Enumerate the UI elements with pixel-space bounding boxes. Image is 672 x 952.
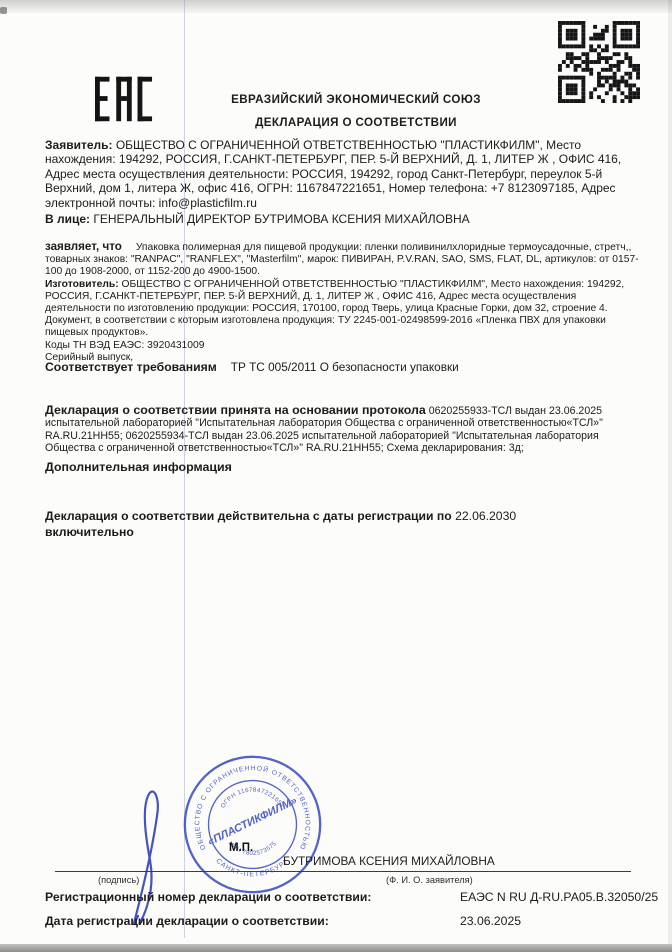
validity-label: Декларация о соответствии действительна … [45, 509, 452, 523]
registration-number-label: Регистрационный номер декларации о соотв… [45, 890, 371, 904]
person-label: В лице: [45, 212, 90, 226]
declares-label: заявляет, что [45, 240, 122, 253]
document-title: ДЕКЛАРАЦИЯ О СООТВЕТСТВИИ [40, 116, 672, 129]
compliance-block: Соответствует требованиямТР ТС 005/2011 … [45, 360, 639, 374]
person-paragraph: В лице: ГЕНЕРАЛЬНЫЙ ДИРЕКТОР БУТРИМОВА К… [45, 212, 639, 226]
applicant-paragraph: Заявитель: ОБЩЕСТВО С ОГРАНИЧЕННОЙ ОТВЕТ… [45, 138, 639, 210]
signature-caption: (подпись) [98, 875, 139, 885]
compliance-value: ТР ТС 005/2011 О безопасности упаковки [231, 360, 459, 374]
qr-code [556, 21, 642, 103]
declaration-subject-block: заявляет, чтоУпаковка полимерная для пищ… [45, 241, 639, 364]
company-stamp: ОБЩЕСТВО С ОГРАНИЧЕННОЙ ОТВЕТСТВЕННОСТЬЮ… [180, 752, 325, 897]
product-paragraph: заявляет, чтоУпаковка полимерная для пищ… [45, 241, 639, 279]
scan-artifact-bottom [0, 944, 672, 952]
basis-label: Декларация о соответствии принята на осн… [45, 403, 426, 417]
basis-paragraph: Декларация о соответствии принята на осн… [45, 404, 639, 455]
registration-date-value: 23.06.2025 [460, 914, 521, 928]
validity-date: 22.06.2030 [455, 509, 516, 523]
applicant-text: ОБЩЕСТВО С ОГРАНИЧЕННОЙ ОТВЕТСТВЕННОСТЬЮ… [45, 138, 621, 210]
basis-block: Декларация о соответствии принята на осн… [45, 404, 639, 473]
stamp-place-label: М.П. [229, 842, 253, 854]
manufacturer-text: ОБЩЕСТВО С ОГРАНИЧЕННОЙ ОТВЕТСТВЕННОСТЬЮ… [45, 279, 624, 339]
applicant-label: Заявитель: [45, 138, 113, 152]
scan-artifact-top [0, 0, 672, 13]
product-text: Упаковка полимерная для пищевой продукци… [45, 242, 639, 277]
registration-number-value: ЕАЭС N RU Д-RU.РА05.В.32050/25 [460, 890, 658, 904]
stamp-center-text: «ПЛАСТИКФИЛМ» [206, 795, 299, 849]
applicant-full-name: БУТРИМОВА КСЕНИЯ МИХАЙЛОВНА [283, 854, 495, 868]
full-name-caption: (Ф. И. О. заявителя) [386, 875, 473, 885]
compliance-label: Соответствует требованиям [45, 360, 217, 374]
signature-line [55, 871, 631, 872]
validity-block: Декларация о соответствии действительна … [45, 508, 639, 540]
declaration-document: ЕВРАЗИЙСКИЙ ЭКОНОМИЧЕСКИЙ СОЮЗ ДЕКЛАРАЦИ… [0, 0, 672, 952]
union-title: ЕВРАЗИЙСКИЙ ЭКОНОМИЧЕСКИЙ СОЮЗ [40, 93, 672, 106]
person-text: ГЕНЕРАЛЬНЫЙ ДИРЕКТОР БУТРИМОВА КСЕНИЯ МИ… [93, 212, 469, 226]
scan-artifact-right-edge [668, 0, 672, 952]
tnved-code-line: Коды ТН ВЭД ЕАЭС: 3920431009 [45, 340, 639, 352]
scan-artifact-corner [0, 7, 7, 14]
validity-suffix: включительно [45, 525, 134, 539]
applicant-block: Заявитель: ОБЩЕСТВО С ОГРАНИЧЕННОЙ ОТВЕТ… [45, 138, 639, 226]
manufacturer-paragraph: Изготовитель: ОБЩЕСТВО С ОГРАНИЧЕННОЙ ОТ… [45, 279, 639, 340]
registration-date-label: Дата регистрации декларации о соответств… [45, 914, 329, 928]
additional-info-label: Дополнительная информация [45, 461, 639, 473]
manufacturer-label: Изготовитель: [45, 279, 119, 290]
